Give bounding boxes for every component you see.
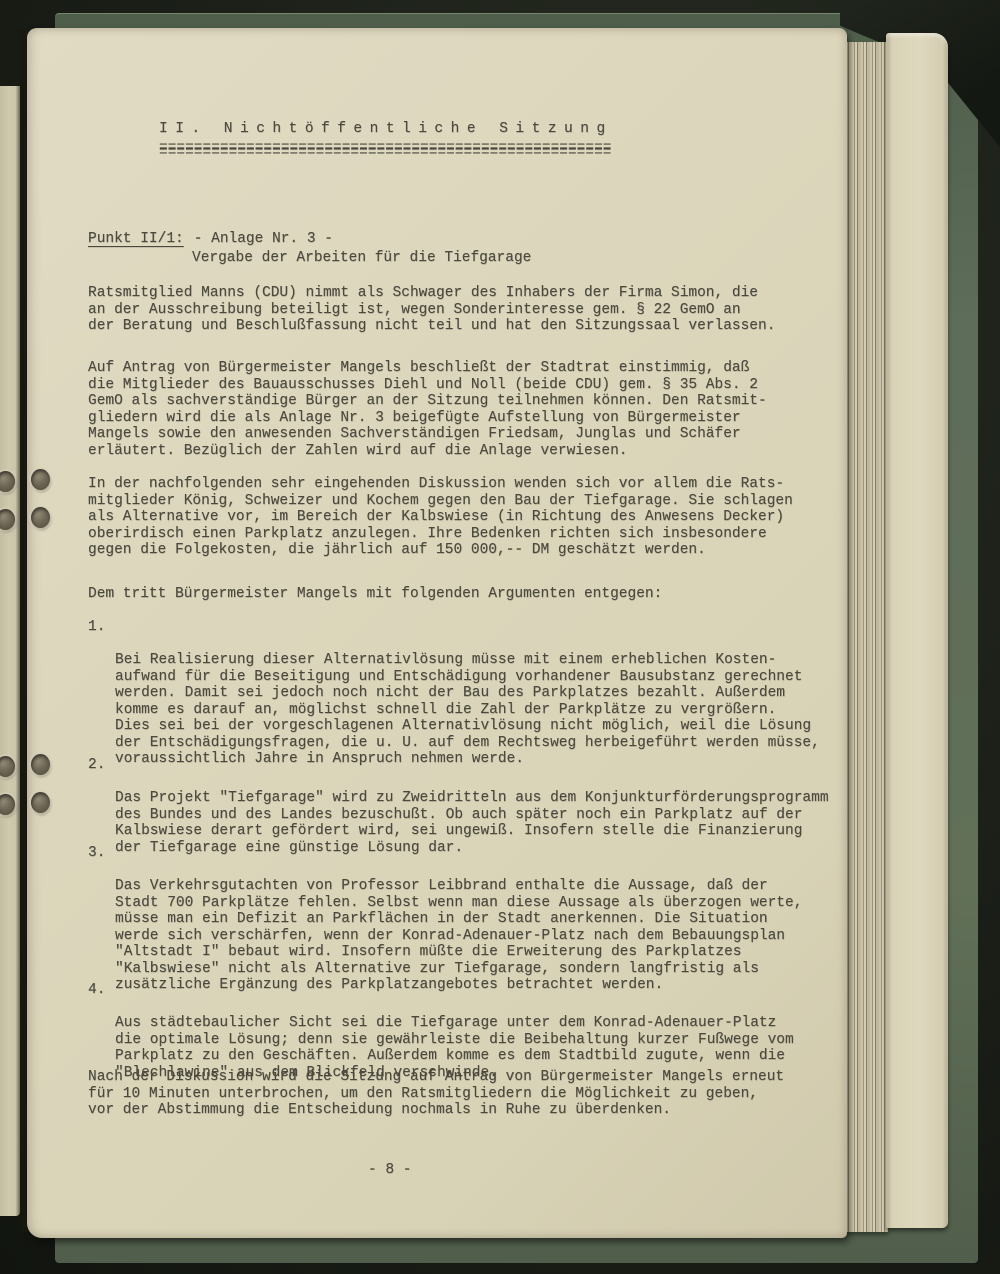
agenda-subject: Vergabe der Arbeiten für die Tiefgarage [192, 250, 531, 267]
underline-row: ========================================… [159, 146, 611, 160]
punch-hole [0, 756, 15, 777]
closing-paragraph: Nach der Diskussion wird die Sitzung auf… [88, 1069, 846, 1119]
agenda-item-label: Punkt II/1: [88, 231, 184, 247]
argument-number: 4. [88, 982, 105, 999]
punch-hole [31, 469, 50, 490]
argument-number: 2. [88, 757, 105, 774]
paragraph-1: Ratsmitglied Manns (CDU) nimmt als Schwa… [88, 285, 846, 335]
paragraph-3: In der nachfolgenden sehr eingehenden Di… [88, 476, 846, 559]
punch-hole [0, 794, 15, 815]
arguments-intro: Dem tritt Bürgermeister Mangels mit folg… [88, 586, 846, 603]
argument-item-3: 3. Das Verkehrsgutachten von Professor L… [88, 845, 870, 994]
punch-hole [31, 754, 50, 775]
document-page: II. Nichtöffentliche Sitzung ===========… [27, 28, 847, 1238]
argument-item-1: 1. Bei Realisierung dieser Alternativlös… [88, 619, 870, 768]
argument-number: 1. [88, 619, 105, 636]
punch-hole [0, 509, 15, 530]
paragraph-2: Auf Antrag von Bürgermeister Mangels bes… [88, 360, 846, 459]
argument-item-4: 4. Aus städtebaulicher Sicht sei die Tie… [88, 982, 870, 1081]
argument-text: Bei Realisierung dieser Alternativlösung… [115, 652, 820, 767]
session-title: II. Nichtöffentliche Sitzung [159, 121, 613, 138]
argument-text: Das Verkehrsgutachten von Professor Leib… [115, 878, 802, 993]
punch-hole [31, 792, 50, 813]
page-number: - 8 - [368, 1162, 412, 1179]
following-pages-edge [886, 33, 948, 1228]
punch-hole [0, 471, 15, 492]
punch-hole [31, 507, 50, 528]
argument-number: 3. [88, 845, 105, 862]
agenda-item-heading: Punkt II/1:- Anlage Nr. 3 - [88, 214, 333, 247]
scanned-book-photo: { "document": { "session_title": "II. Ni… [0, 0, 1000, 1274]
agenda-annex-ref: - Anlage Nr. 3 - [194, 231, 333, 247]
session-title-underline: ========================================… [159, 141, 639, 157]
argument-item-2: 2. Das Projekt "Tiefgarage" wird zu Zwei… [88, 757, 870, 856]
